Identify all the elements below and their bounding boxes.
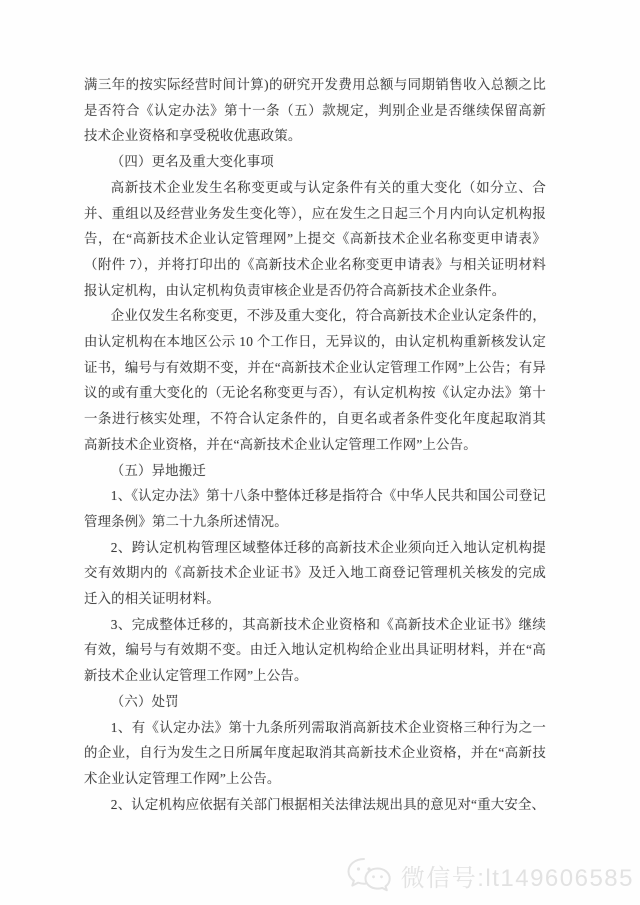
paragraph: 企业仅发生名称变更，不涉及重大变化，符合高新技术企业认定条件的，由认定机构在本地… [84,303,546,457]
paragraph: 满三年的按实际经营时间计算)的研究开发费用总额与同期销售收入总额之比是否符合《认… [84,72,546,149]
paragraph: 高新技术企业发生名称变更或与认定条件有关的重大变化（如分立、合并、重组以及经营业… [84,175,546,304]
paragraph: 3、完成整体迁移的，其高新技术企业资格和《高新技术企业证书》继续有效，编号与有效… [84,612,546,689]
paragraph: 2、跨认定机构管理区域整体迁移的高新技术企业须向迁入地认定机构提交有效期内的《高… [84,535,546,612]
document-page: 满三年的按实际经营时间计算)的研究开发费用总额与同期销售收入总额之比是否符合《认… [0,0,640,905]
paragraph: 1、有《认定办法》第十九条所列需取消高新技术企业资格三种行为之一的企业，自行为发… [84,715,546,792]
document-body: 满三年的按实际经营时间计算)的研究开发费用总额与同期销售收入总额之比是否符合《认… [84,72,546,817]
watermark-text: 微信号:lt149606585 [401,858,634,893]
paragraph: （五）异地搬迁 [84,458,546,484]
watermark: 微信号:lt149606585 [346,855,634,895]
wechat-icon [346,855,392,895]
paragraph: （六）处罚 [84,689,546,715]
paragraph: 2、认定机构应依据有关部门根据相关法律法规出具的意见对“重大安全、 [84,792,546,818]
paragraph: （四）更名及重大变化事项 [84,149,546,175]
paragraph: 1、《认定办法》第十八条中整体迁移是指符合《中华人民共和国公司登记管理条例》第二… [84,483,546,534]
